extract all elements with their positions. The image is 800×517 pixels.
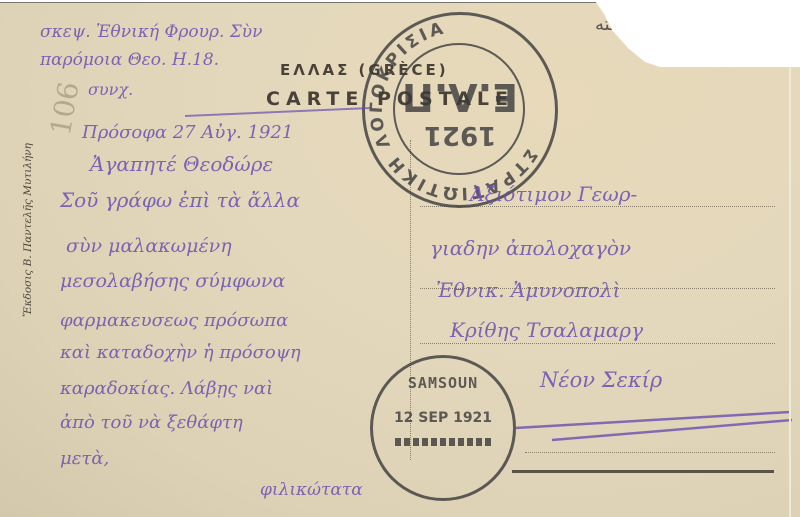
address-underlines (0, 0, 800, 517)
card-right-edge (789, 67, 791, 517)
postcard: ΕΛΛΑΣ (GRÈCE) CARTE POSTALE Ἔκδοσις Β. Π… (0, 0, 800, 517)
